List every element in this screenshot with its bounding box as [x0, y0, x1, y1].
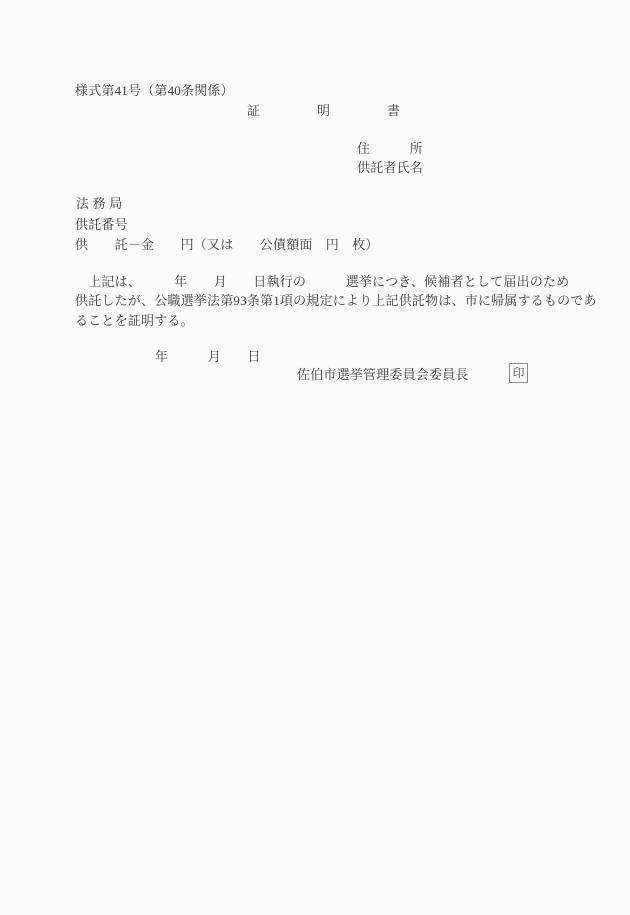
- deposit-number-label: 供託番号: [75, 217, 128, 232]
- signature-line: 佐伯市選挙管理委員会委員長: [297, 367, 469, 382]
- seal-character: 印: [512, 367, 524, 379]
- certificate-title: 証 明 書: [247, 103, 401, 118]
- depositor-name-label: 供託者氏名: [357, 160, 423, 175]
- deposit-amount-line: 供 託－金 円（又は 公債額面 円 枚）: [75, 237, 379, 252]
- body-line: 供託したが、公職選挙法第93条第1項の規定により上記供託物は、市に帰属するもので…: [75, 293, 597, 308]
- legal-affairs-bureau-label: 法 務 局: [76, 196, 123, 211]
- seal-stamp: 印: [509, 363, 528, 383]
- certificate-document-page: 様式第41号（第40条関係） 証 明 書 住 所 供託者氏名 法 務 局 供託番…: [0, 0, 630, 915]
- form-number: 様式第41号（第40条関係）: [75, 83, 234, 98]
- date-line: 年 月 日: [155, 349, 261, 364]
- address-label: 住 所: [357, 141, 423, 156]
- body-line: 上記は、 年 月 日執行の 選挙につき、候補者として届出のため: [75, 274, 569, 289]
- body-line: ることを証明する。: [75, 313, 194, 328]
